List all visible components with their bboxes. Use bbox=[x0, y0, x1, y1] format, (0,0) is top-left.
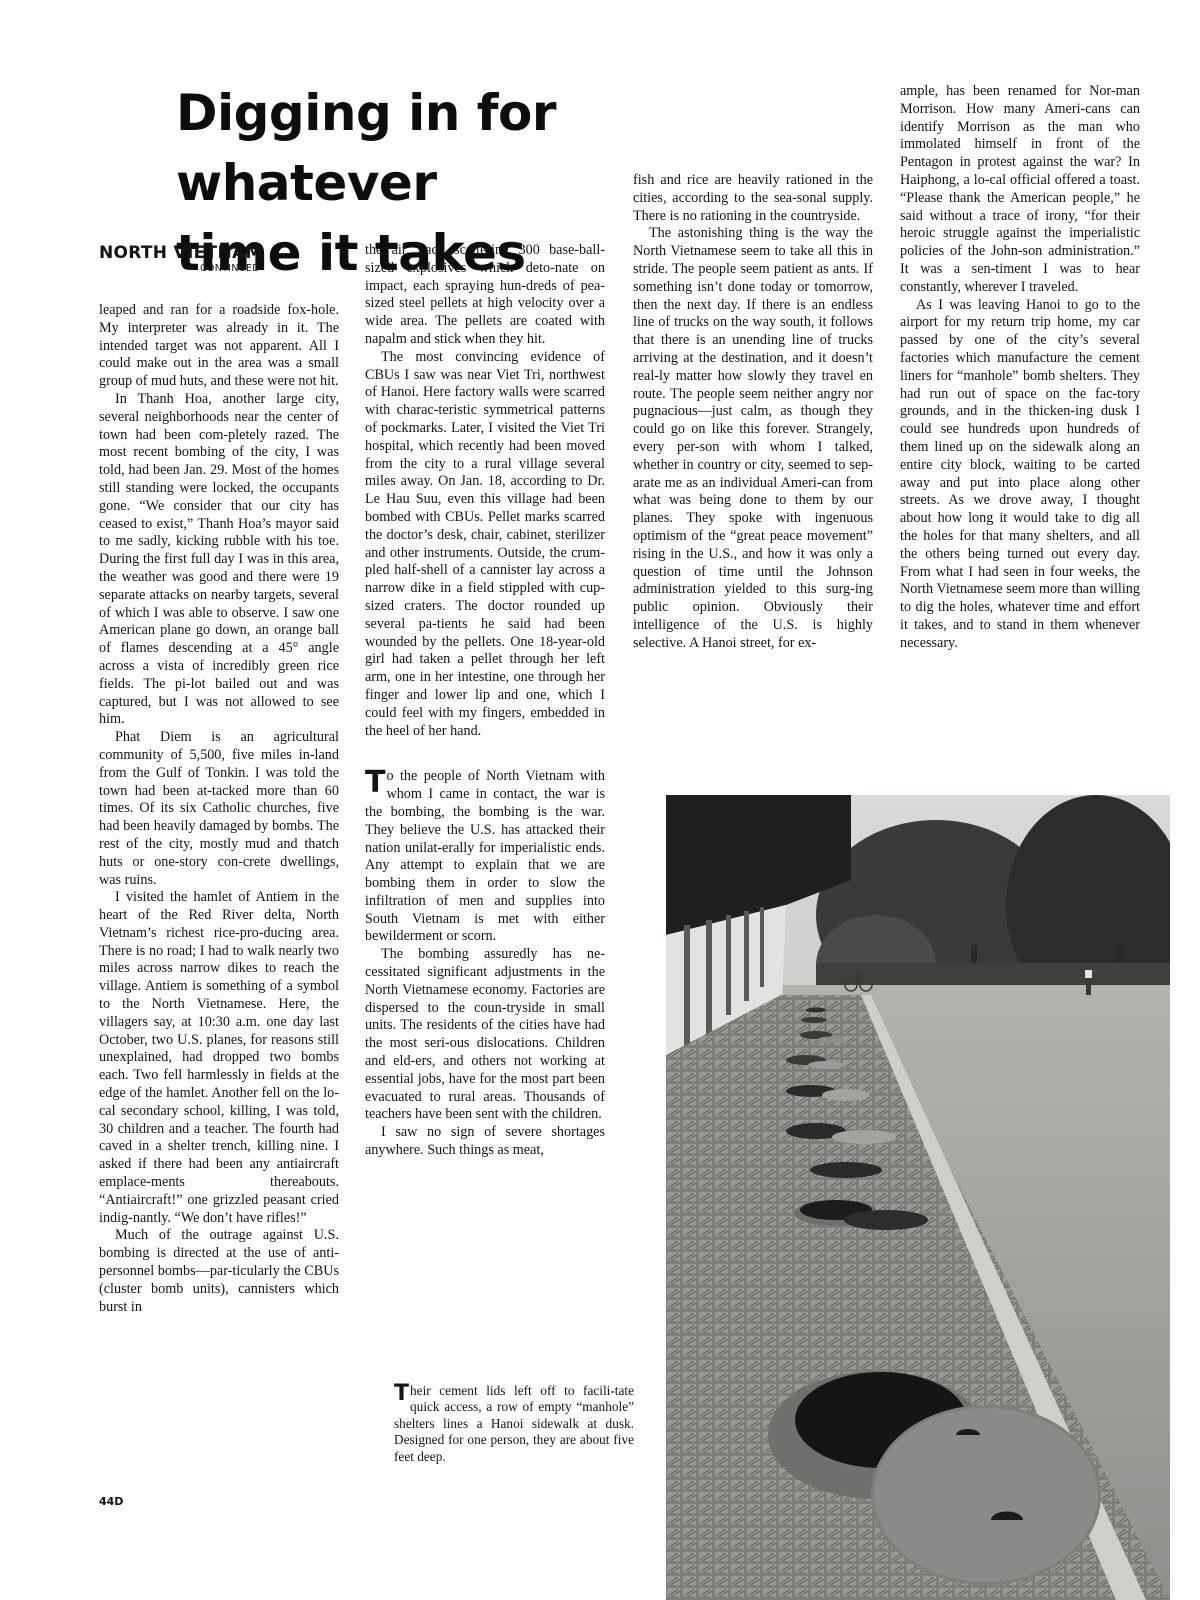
paragraph: The astonishing thing is the way the Nor… bbox=[633, 225, 873, 652]
article-column-3: fish and rice are heavily rationed in th… bbox=[633, 172, 873, 653]
photo-caption: Their cement lids left off to facili-tat… bbox=[394, 1383, 634, 1465]
paragraph: The most convincing evidence of CBUs I s… bbox=[365, 349, 605, 741]
paragraph: In Thanh Hoa, another large city, severa… bbox=[99, 391, 339, 729]
page-number: 44D bbox=[99, 1495, 123, 1508]
paragraph: Phat Diem is an agricultural community o… bbox=[99, 729, 339, 889]
paragraph: The bombing assuredly has ne-cessitated … bbox=[365, 946, 605, 1124]
paragraph-text: o the people of North Vietnam with whom … bbox=[365, 768, 605, 944]
paragraph-with-dropcap: To the people of North Vietnam with whom… bbox=[365, 768, 605, 946]
paragraph: the air, each scattering 300 base-ball-s… bbox=[365, 242, 605, 349]
section-label: NORTH VIETNAM bbox=[99, 243, 263, 263]
article-column-4: ample, has been renamed for Nor-man Morr… bbox=[900, 83, 1140, 653]
drop-cap: T bbox=[365, 770, 385, 796]
article-column-2: the air, each scattering 300 base-ball-s… bbox=[365, 242, 605, 1160]
section-continued: CONTINUED bbox=[200, 263, 260, 274]
paragraph: ample, has been renamed for Nor-man Morr… bbox=[900, 83, 1140, 297]
photo-manhole-shelters bbox=[666, 795, 1170, 1600]
paragraph: As I was leaving Hanoi to go to the airp… bbox=[900, 297, 1140, 653]
paragraph: I saw no sign of severe shortages anywhe… bbox=[365, 1124, 605, 1160]
caption-text: heir cement lids left off to facili-tate… bbox=[394, 1383, 634, 1464]
paragraph: Much of the outrage against U.S. bombing… bbox=[99, 1227, 339, 1316]
paragraph: leaped and ran for a roadside fox-hole. … bbox=[99, 302, 339, 391]
headline-line-1: Digging in for whatever bbox=[176, 84, 556, 212]
paragraph: I visited the hamlet of Antiem in the he… bbox=[99, 889, 339, 1227]
article-column-1: leaped and ran for a roadside fox-hole. … bbox=[99, 302, 339, 1316]
caption-drop-cap: T bbox=[394, 1384, 409, 1403]
paragraph: fish and rice are heavily rationed in th… bbox=[633, 172, 873, 225]
